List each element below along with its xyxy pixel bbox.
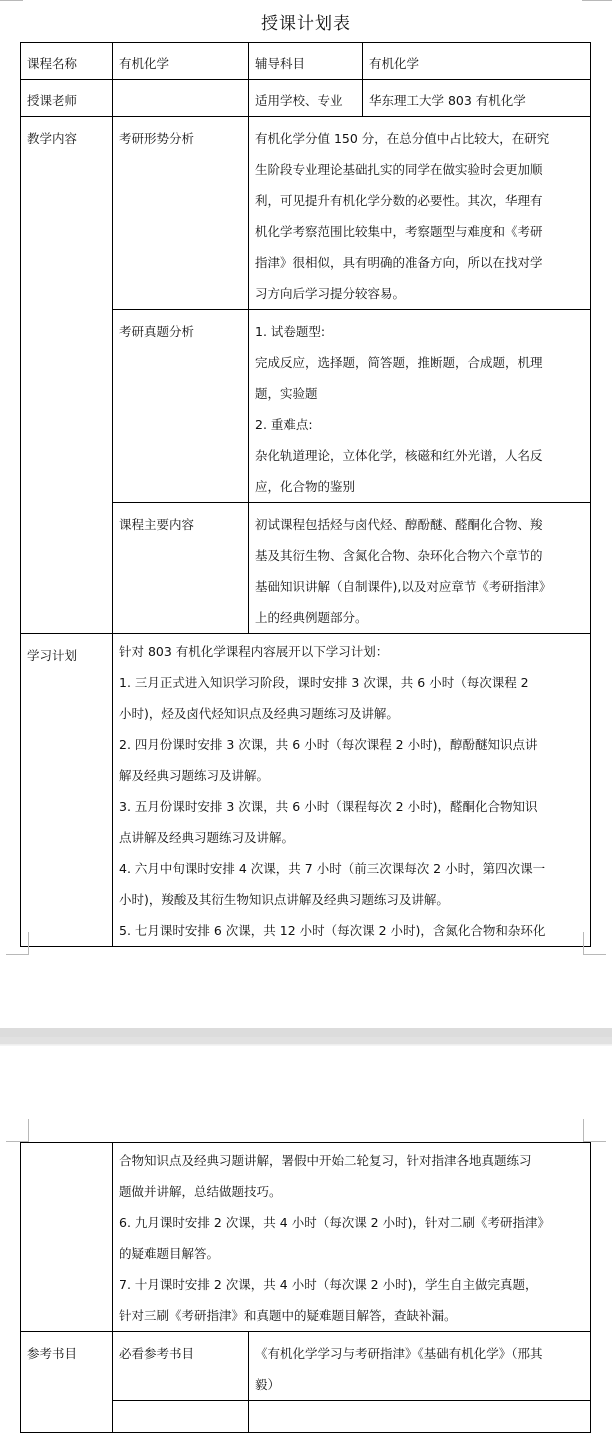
label-subject: 辅导科目 [249,43,363,80]
plan-table: 课程名称 有机化学 辅导科目 有机化学 授课老师 适用学校、专业 华东理工大学 … [20,42,591,947]
page-title: 授课计划表 [0,9,612,34]
text-line: 题，实验题 [255,378,585,409]
label-references-extra [113,1401,249,1433]
value-subject: 有机化学 [363,43,591,80]
value-course-name: 有机化学 [113,43,249,80]
text-line: 7. 十月课时安排 2 次课，共 4 小时（每次课 2 小时)，学生自主做完真题… [119,1269,585,1300]
text-line: 5. 七月课时安排 6 次课，共 12 小时（每次课 2 小时)，含氮化合物和杂… [119,915,585,946]
value-teacher [113,80,249,117]
text-line: 题做并讲解，总结做题技巧。 [119,1176,585,1207]
label-study-plan-continued [21,1143,113,1332]
text-line: 完成反应，选择题，简答题，推断题，合成题，机理 [255,347,585,378]
label-study-plan: 学习计划 [21,634,113,947]
text-line: 合物知识点及经典习题讲解，署假中开始二轮复习，针对指津各地真题练习 [119,1145,585,1176]
text-line: 点讲解及经典习题练习及讲解。 [119,822,585,853]
value-school-major: 华东理工大学 803 有机化学 [363,80,591,117]
text-line: 初试课程包括烃与卤代烃、醇酚醚、醛酮化合物、羧 [255,509,585,540]
table-row-exam-analysis: 教学内容 考研形势分析 有机化学分值 150 分，在总分值中占比较大，在研究 生… [21,117,591,310]
page-corner-mark [6,932,29,955]
text-line: 6. 九月课时安排 2 次课，共 4 小时（每次课 2 小时)，针对二刷《考研指… [119,1207,585,1238]
text-line: 解及经典习题练习及讲解。 [119,760,585,791]
table-row-study-plan: 学习计划 针对 803 有机化学课程内容展开以下学习计划： 1. 三月正式进入知… [21,634,591,947]
text-line: 3. 五月份课时安排 3 次课，共 6 小时（课程每次 2 小时)，醛酮化合物知… [119,791,585,822]
text-line: 上的经典例题部分。 [255,602,585,633]
label-course-name: 课程名称 [21,43,113,80]
text-line: 4. 六月中旬课时安排 4 次课，共 7 小时（前三次课每次 2 小时，第四次课… [119,853,585,884]
text-line: 1. 试卷题型: [255,316,585,347]
table-row-teacher: 授课老师 适用学校、专业 华东理工大学 803 有机化学 [21,80,591,117]
text-line: 的疑难题目解答。 [119,1238,585,1269]
text-line: 基及其衍生物、含氮化合物、杂环化合物六个章节的 [255,540,585,571]
text-line: 毅） [255,1369,585,1400]
text-line: 指津》很相似，具有明确的准备方向，所以在找对学 [255,247,585,278]
plan-table-continued: 合物知识点及经典习题讲解，署假中开始二轮复习，针对指津各地真题练习 题做并讲解，… [20,1142,591,1433]
page-corner-mark [583,932,606,955]
page-separator [0,1028,612,1046]
label-teaching-content: 教学内容 [21,117,113,634]
text-line: 小时)，羧酸及其衍生物知识点讲解及经典习题练习及讲解。 [119,884,585,915]
text-line: 生阶段专业理论基础扎实的同学在做实验时会更加顺 [255,154,585,185]
table-row-course: 课程名称 有机化学 辅导科目 有机化学 [21,43,591,80]
page-2: 合物知识点及经典习题讲解，署假中开始二轮复习，针对指津各地真题练习 题做并讲解，… [0,1046,612,1444]
text-line: 2. 重难点: [255,409,585,440]
text-line: 有机化学分值 150 分，在总分值中占比较大，在研究 [255,123,585,154]
value-past-exams: 1. 试卷题型: 完成反应，选择题，简答题，推断题，合成题，机理 题，实验题 2… [249,310,591,503]
value-main-content: 初试课程包括烃与卤代烃、醇酚醚、醛酮化合物、羧 基及其衍生物、含氮化合物、杂环化… [249,503,591,634]
text-line: 利，可见提升有机化学分数的必要性。其次，华理有 [255,185,585,216]
text-line: 习方向后学习提分较容易。 [255,278,585,309]
value-study-plan: 针对 803 有机化学课程内容展开以下学习计划： 1. 三月正式进入知识学习阶段… [113,634,591,947]
table-row-references: 参考书目 必看参考书目 《有机化学学习与考研指津》《基础有机化学》（邢其 毅） [21,1332,591,1401]
label-references: 参考书目 [21,1332,113,1433]
label-exam-analysis: 考研形势分析 [113,117,249,310]
text-line: 《有机化学学习与考研指津》《基础有机化学》（邢其 [255,1338,585,1369]
label-teacher: 授课老师 [21,80,113,117]
page-corner-mark [6,1119,29,1142]
page-corner-mark [583,1119,606,1142]
text-line: 小时)，烃及卤代烃知识点及经典习题练习及讲解。 [119,698,585,729]
value-required-books: 《有机化学学习与考研指津》《基础有机化学》（邢其 毅） [249,1332,591,1401]
page-1: 授课计划表 课程名称 有机化学 辅导科目 有机化学 授课老师 适用学校、专业 华… [0,0,612,1028]
text-line: 应，化合物的鉴别 [255,471,585,502]
table-row-study-plan-continued: 合物知识点及经典习题讲解，署假中开始二轮复习，针对指津各地真题练习 题做并讲解，… [21,1143,591,1332]
page-corner-mark [582,0,612,1]
label-main-content: 课程主要内容 [113,503,249,634]
text-line: 2. 四月份课时安排 3 次课，共 6 小时（每次课程 2 小时)，醇酚醚知识点… [119,729,585,760]
value-exam-analysis: 有机化学分值 150 分，在总分值中占比较大，在研究 生阶段专业理论基础扎实的同… [249,117,591,310]
text-line: 杂化轨道理论，立体化学，核磁和红外光谱，人名反 [255,440,585,471]
value-study-plan-continued: 合物知识点及经典习题讲解，署假中开始二轮复习，针对指津各地真题练习 题做并讲解，… [113,1143,591,1332]
text-line: 针对三刷《考研指津》和真题中的疑难题目解答，查缺补漏。 [119,1300,585,1331]
label-required-books: 必看参考书目 [113,1332,249,1401]
text-line: 机化学考察范围比较集中，考察题型与难度和《考研 [255,216,585,247]
value-references-extra [249,1401,591,1433]
page-corner-mark [0,0,23,1]
text-line: 1. 三月正式进入知识学习阶段，课时安排 3 次课，共 6 小时（每次课程 2 [119,667,585,698]
label-school-major: 适用学校、专业 [249,80,363,117]
label-past-exams: 考研真题分析 [113,310,249,503]
text-line: 针对 803 有机化学课程内容展开以下学习计划： [119,636,585,667]
text-line: 基础知识讲解（自制课件),以及对应章节《考研指津》 [255,571,585,602]
